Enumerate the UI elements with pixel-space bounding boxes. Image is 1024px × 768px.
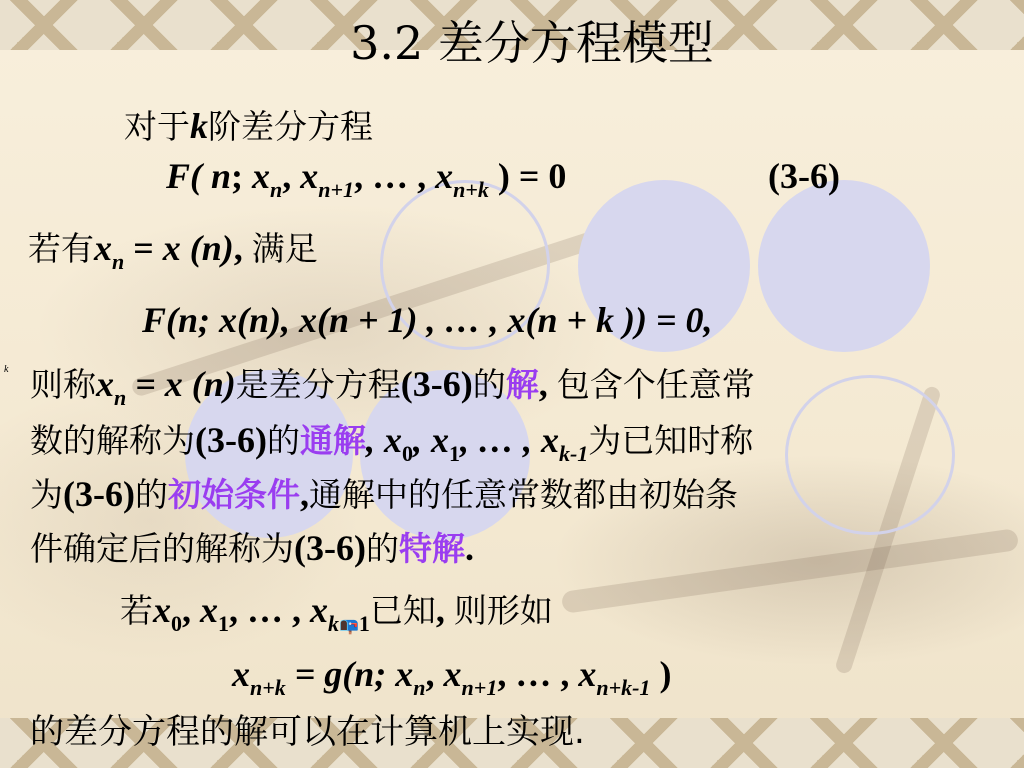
known-initials-line: 若x0, x1, … , xk📭1已知, 则形如 [120,588,553,633]
condition-line: 若有xn = x (n), 满足 [28,226,318,271]
equation-3-6: F( n; xn, xn+1, … , xn+k ) = 0 [166,154,566,198]
slide-title: 3.2 差分方程模型 [0,8,1024,78]
definition-line-3: 为(3-6)的初始条件,通解中的任意常数都由初始条 [30,472,738,517]
solution-equation: F(n; x(n), x(n + 1) , … , x(n + k )) = 0… [142,298,713,342]
conclusion-line: 的差分方程的解可以在计算机上实现. [30,710,585,754]
definition-line-4: 件确定后的解称为(3-6)的特解. [30,526,474,571]
equation-label: (3-6) [768,154,840,198]
definition-line-2: 数的解称为(3-6)的通解, x0, x1, … , xk-1为已知时称 [30,418,753,463]
term-general-solution: 通解 [300,421,366,460]
decorative-circle-outline [785,375,955,535]
margin-marker: k [4,364,8,375]
term-solution: 解 [506,365,539,404]
recursion-equation: xn+k = g(n; xn, xn+1, … , xn+k-1 ) [232,652,671,696]
term-initial-conditions: 初始条件 [168,475,300,514]
definition-line-1: 则称xn = x (n)是差分方程(3-6)的解, 包含个任意常 [30,362,755,407]
missing-glyph-icon: 📭 [339,616,359,635]
intro-line: 对于k阶差分方程 [124,104,373,149]
decorative-circle-filled [758,180,930,352]
term-particular-solution: 特解 [399,529,465,568]
